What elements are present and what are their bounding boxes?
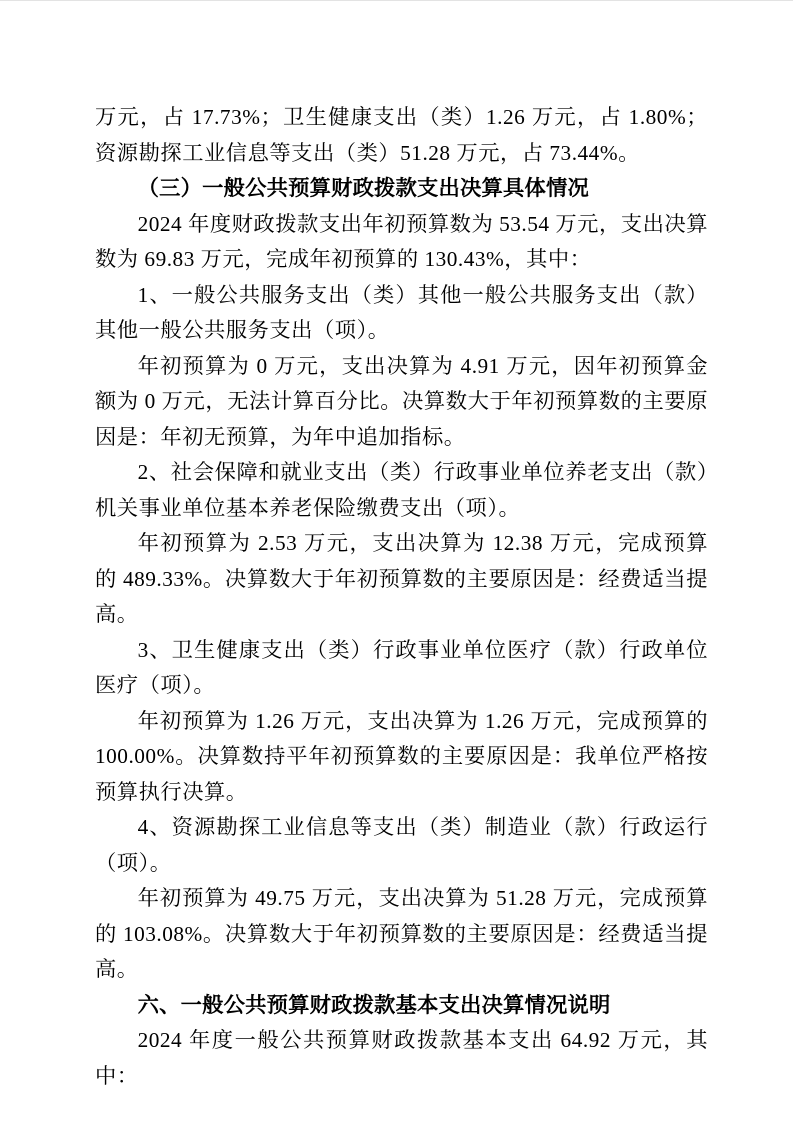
paragraph: 2024 年度一般公共预算财政拨款基本支出 64.92 万元，其中： [95,1023,708,1094]
paragraph: 4、资源勘探工业信息等支出（类）制造业（款）行政运行（项）。 [95,810,708,881]
document-page: 万元，占 17.73%；卫生健康支出（类）1.26 万元，占 1.80%；资源勘… [0,0,793,1122]
paragraph: 年初预算为 1.26 万元，支出决算为 1.26 万元，完成预算的 100.00… [95,704,708,811]
paragraph: 3、卫生健康支出（类）行政事业单位医疗（款）行政单位医疗（项）。 [95,633,708,704]
section-heading: 六、一般公共预算财政拨款基本支出决算情况说明 [95,988,708,1024]
paragraph: 年初预算为 49.75 万元，支出决算为 51.28 万元，完成预算的 103.… [95,881,708,988]
paragraph: 年初预算为 2.53 万元，支出决算为 12.38 万元，完成预算的 489.3… [95,526,708,633]
paragraph: 年初预算为 0 万元，支出决算为 4.91 万元，因年初预算金额为 0 万元，无… [95,349,708,456]
paragraph: 万元，占 17.73%；卫生健康支出（类）1.26 万元，占 1.80%；资源勘… [95,100,708,171]
paragraph: 1、一般公共服务支出（类）其他一般公共服务支出（款）其他一般公共服务支出（项）。 [95,278,708,349]
section-heading: （三）一般公共预算财政拨款支出决算具体情况 [95,171,708,207]
paragraph: 2024 年度财政拨款支出年初预算数为 53.54 万元，支出决算数为 69.8… [95,207,708,278]
document-body: 万元，占 17.73%；卫生健康支出（类）1.26 万元，占 1.80%；资源勘… [95,100,708,1094]
paragraph: 2、社会保障和就业支出（类）行政事业单位养老支出（款）机关事业单位基本养老保险缴… [95,455,708,526]
